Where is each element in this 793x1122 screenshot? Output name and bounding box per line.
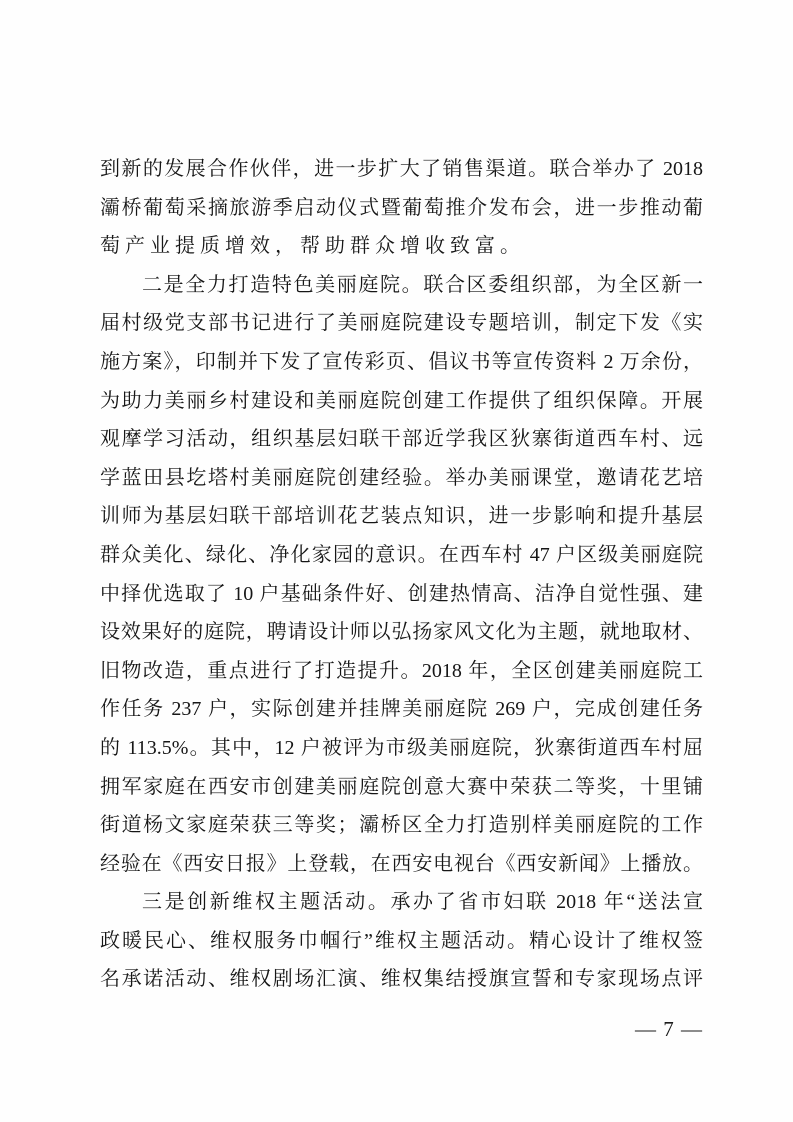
text-line: 二是全力打造特色美丽庭院。联合区委组织部，为全区新一 bbox=[100, 266, 703, 305]
text-line: 群众美化、绿化、净化家园的意识。在西车村 47 户区级美丽庭院 bbox=[100, 536, 703, 575]
text-line: 为助力美丽乡村建设和美丽庭院创建工作提供了组织保障。开展 bbox=[100, 382, 703, 421]
text-line: 的 113.5%。其中，12 户被评为市级美丽庭院，狄寨街道西车村屈 bbox=[100, 729, 703, 768]
text-line: 三是创新维权主题活动。承办了省市妇联 2018 年“送法宣 bbox=[100, 883, 703, 922]
text-line: 设效果好的庭院，聘请设计师以弘扬家风文化为主题，就地取材、 bbox=[100, 613, 703, 652]
text-line: 作任务 237 户，实际创建并挂牌美丽庭院 269 户，完成创建任务 bbox=[100, 690, 703, 729]
text-line: 训师为基层妇联干部培训花艺装点知识，进一步影响和提升基层 bbox=[100, 497, 703, 536]
text-line: 届村级党支部书记进行了美丽庭院建设专题培训，制定下发《实 bbox=[100, 304, 703, 343]
text-line: 旧物改造，重点进行了打造提升。2018 年，全区创建美丽庭院工 bbox=[100, 652, 703, 691]
text-line: 街道杨文家庭荣获三等奖；灞桥区全力打造别样美丽庭院的工作 bbox=[100, 806, 703, 845]
document-page: 到新的发展合作伙伴，进一步扩大了销售渠道。联合举办了 2018灞桥葡萄采摘旅游季… bbox=[0, 0, 793, 1122]
page-number: — 7 — bbox=[635, 1014, 703, 1044]
text-line: 经验在《西安日报》上登载，在西安电视台《西安新闻》上播放。 bbox=[100, 845, 703, 884]
text-line: 施方案》，印制并下发了宣传彩页、倡议书等宣传资料 2 万余份， bbox=[100, 343, 703, 382]
text-line: 名承诺活动、维权剧场汇演、维权集结授旗宣誓和专家现场点评 bbox=[100, 960, 703, 999]
document-body: 到新的发展合作伙伴，进一步扩大了销售渠道。联合举办了 2018灞桥葡萄采摘旅游季… bbox=[100, 150, 703, 999]
text-line: 灞桥葡萄采摘旅游季启动仪式暨葡萄推介发布会，进一步推动葡 bbox=[100, 189, 703, 228]
text-line: 政暖民心、维权服务巾帼行”维权主题活动。精心设计了维权签 bbox=[100, 922, 703, 961]
text-line: 萄产业提质增效，帮助群众增收致富。 bbox=[100, 227, 703, 266]
text-line: 学蓝田县圪塔村美丽庭院创建经验。举办美丽课堂，邀请花艺培 bbox=[100, 459, 703, 498]
text-line: 拥军家庭在西安市创建美丽庭院创意大赛中荣获二等奖，十里铺 bbox=[100, 768, 703, 807]
text-line: 中择优选取了 10 户基础条件好、创建热情高、洁净自觉性强、建 bbox=[100, 575, 703, 614]
text-line: 到新的发展合作伙伴，进一步扩大了销售渠道。联合举办了 2018 bbox=[100, 150, 703, 189]
text-line: 观摩学习活动，组织基层妇联干部近学我区狄寨街道西车村、远 bbox=[100, 420, 703, 459]
